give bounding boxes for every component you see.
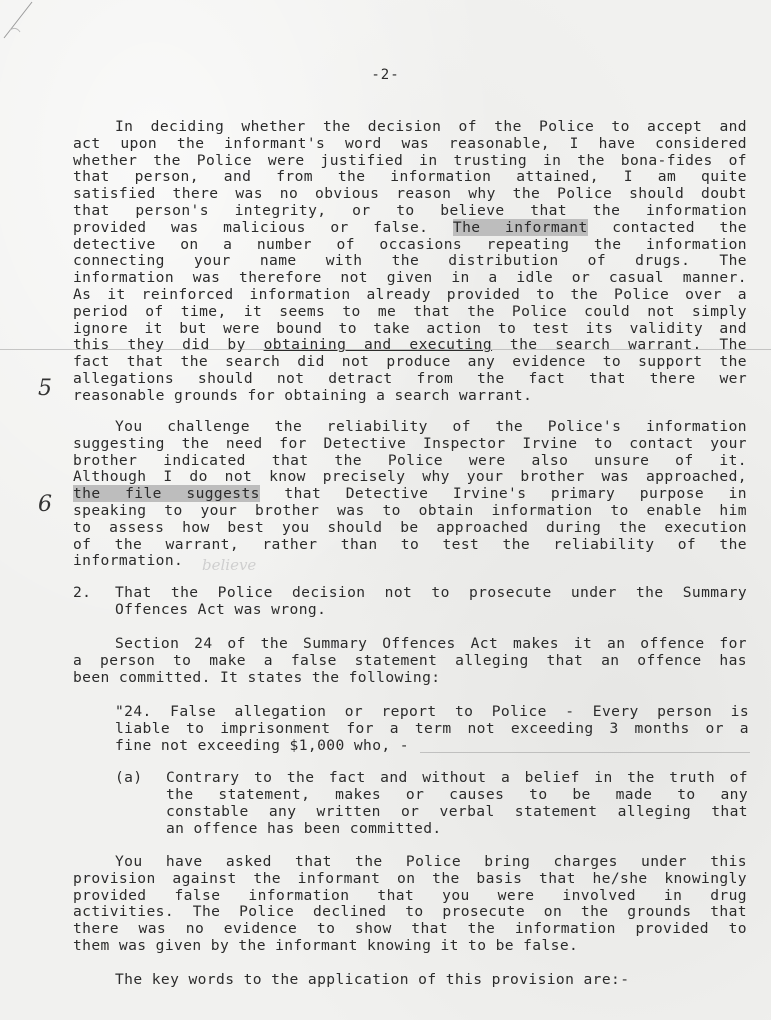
text-line: In deciding whether the decision of the … — [73, 119, 747, 136]
text-line: suggesting the need for Detective Inspec… — [73, 436, 747, 453]
text-line: been committed. It states the following: — [73, 670, 747, 687]
text-line: information was therefore not given in a… — [73, 270, 747, 287]
subclause-line-4: an offence has been committed. — [166, 821, 748, 838]
text-line: information. — [73, 553, 747, 570]
text-line: detective on a number of occasions repea… — [73, 237, 747, 254]
text-line: this they did by obtaining and executing… — [73, 337, 747, 354]
text-line: connecting your name with the distributi… — [73, 253, 747, 270]
page-number: -2- — [0, 67, 771, 83]
torn-corner-mark — [2, 0, 52, 40]
text-line: fact that the search did not produce any… — [73, 354, 747, 371]
text-line: You challenge the reliability of the Pol… — [73, 419, 747, 436]
text-line: of the warrant, rather than to test the … — [73, 537, 747, 554]
text-line: that person, and from the information at… — [73, 169, 747, 186]
text-line: Although I do not know precisely why you… — [73, 469, 747, 486]
text-line: there was no evidence to show that the i… — [73, 921, 747, 938]
pencil-annotation: believe — [202, 556, 256, 574]
margin-note-5: 5 — [38, 376, 52, 401]
text-line: Section 24 of the Summary Offences Act m… — [73, 636, 747, 653]
fold-line-2 — [420, 752, 750, 753]
highlighted-text: The informant — [453, 219, 588, 236]
text-line: provided false information that you were… — [73, 888, 747, 905]
margin-note-6: 6 — [38, 492, 52, 517]
subclause-label: (a) — [115, 770, 165, 787]
point-heading-line-2: Offences Act was wrong. — [115, 602, 747, 619]
text-line: activities. The Police declined to prose… — [73, 904, 747, 921]
text-line: ignore it but were bound to take action … — [73, 321, 747, 338]
subclause-line-3: constable any written or verbal statemen… — [166, 804, 748, 821]
point-heading-line-1: That the Police decision not to prosecut… — [115, 585, 747, 602]
text-line: You have asked that the Police bring cha… — [73, 854, 747, 871]
text-line: act upon the informant's word was reason… — [73, 136, 747, 153]
point-number: 2. — [73, 585, 113, 602]
document-page: -2- In deciding whether the decision of … — [0, 0, 771, 1020]
text-line: whether the Police were justified in tru… — [73, 153, 747, 170]
underlined-text: obtaining and executing — [264, 336, 493, 353]
highlighted-text: the file suggests — [73, 485, 260, 502]
text-line: As it reinforced information already pro… — [73, 287, 747, 304]
text-line: the file suggests that Detective Irvine'… — [73, 486, 747, 503]
text-line: period of time, it seems to me that the … — [73, 304, 747, 321]
quote-line-2: liable to imprisonment for a term not ex… — [115, 721, 749, 738]
text-line: reasonable grounds for obtaining a searc… — [73, 388, 747, 405]
text-line: them was given by the informant knowing … — [73, 938, 747, 955]
text-line: provided was malicious or false. The inf… — [73, 220, 747, 237]
text-line: provision against the informant on the b… — [73, 871, 747, 888]
text-line: to assess how best you should be approac… — [73, 520, 747, 537]
text-line: a person to make a false statement alleg… — [73, 653, 747, 670]
text-line: allegations should not detract from the … — [73, 371, 747, 388]
text-line: speaking to your brother was to obtain i… — [73, 503, 747, 520]
text-line: brother indicated that the Police were a… — [73, 453, 747, 470]
fold-line — [0, 349, 771, 350]
quote-line-1: "24. False allegation or report to Polic… — [115, 704, 749, 721]
text-line: satisfied there was no obvious reason wh… — [73, 186, 747, 203]
text-line: that person's integrity, or to believe t… — [73, 203, 747, 220]
subclause-line-1: Contrary to the fact and without a belie… — [166, 770, 748, 787]
key-words-line: The key words to the application of this… — [73, 972, 747, 989]
subclause-line-2: the statement, makes or causes to be mad… — [166, 787, 748, 804]
